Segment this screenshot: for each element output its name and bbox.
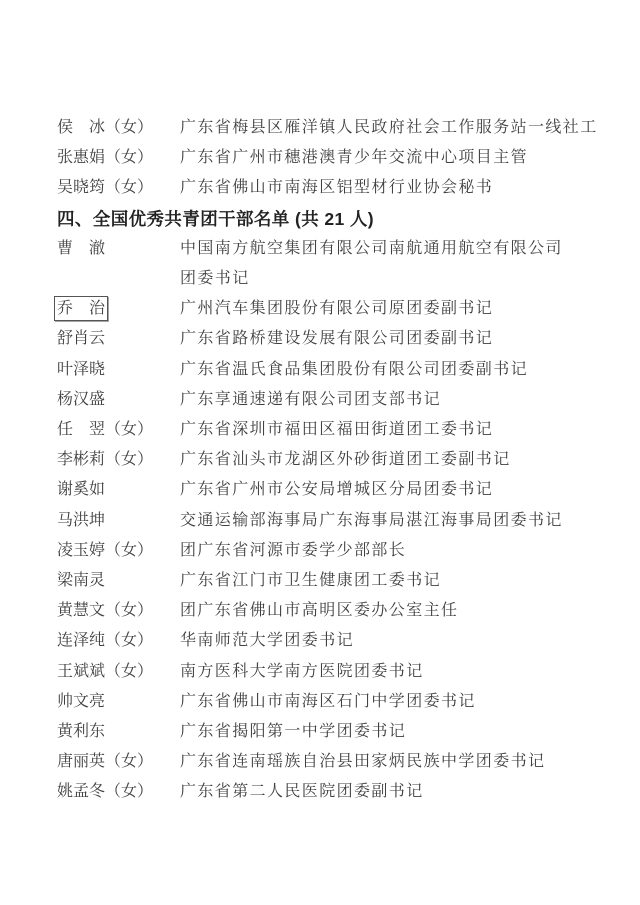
person-position-line: 广东省江门市卫生健康团工委书记: [180, 566, 605, 596]
person-name: 连泽纯（女）: [57, 626, 180, 656]
roster-row: 帅文亮广东省佛山市南海区石门中学团委书记: [57, 687, 605, 717]
roster-list-cadres-section: 曹 澈中国南方航空集团有限公司南航通用航空有限公司团委书记乔 治广州汽车集团股份…: [57, 234, 605, 808]
roster-row: 舒肖云广东省路桥建设发展有限公司团委副书记: [57, 324, 605, 354]
person-position: 广东省佛山市南海区石门中学团委书记: [180, 687, 605, 717]
person-position-line: 团广东省佛山市高明区委办公室主任: [180, 596, 605, 626]
roster-row: 杨汉盛广东享通速递有限公司团支部书记: [57, 385, 605, 415]
person-position-line: 广东省广州市穗港澳青少年交流中心项目主管: [180, 143, 605, 173]
person-position: 广东省温氏食品集团股份有限公司团委副书记: [180, 355, 605, 385]
roster-row: 唐丽英（女）广东省连南瑶族自治县田家炳民族中学团委书记: [57, 747, 605, 777]
person-name: 杨汉盛: [57, 385, 180, 415]
person-position: 广东省佛山市南海区铝型材行业协会秘书: [180, 173, 605, 203]
person-position: 广州汽车集团股份有限公司原团委副书记: [180, 294, 605, 324]
person-position: 广东省江门市卫生健康团工委书记: [180, 566, 605, 596]
document-page: 侯 冰（女）广东省梅县区雁洋镇人民政府社会工作服务站一线社工张惠娟（女）广东省广…: [57, 113, 605, 808]
person-name: 谢奚如: [57, 475, 180, 505]
roster-row: 姚孟冬（女）广东省第二人民医院团委副书记: [57, 777, 605, 807]
roster-row: 李彬莉（女）广东省汕头市龙湖区外砂街道团工委副书记: [57, 445, 605, 475]
roster-row: 任 翌（女）广东省深圳市福田区福田街道团工委书记: [57, 415, 605, 445]
person-position: 广东省路桥建设发展有限公司团委副书记: [180, 324, 605, 354]
person-position-line: 交通运输部海事局广东海事局湛江海事局团委书记: [180, 506, 605, 536]
roster-row: 连泽纯（女）华南师范大学团委书记: [57, 626, 605, 656]
roster-row: 梁南灵广东省江门市卫生健康团工委书记: [57, 566, 605, 596]
roster-row: 侯 冰（女）广东省梅县区雁洋镇人民政府社会工作服务站一线社工: [57, 113, 605, 143]
person-position: 广东享通速递有限公司团支部书记: [180, 385, 605, 415]
person-name: 叶泽晓: [57, 355, 180, 385]
boxed-person-name: 乔 治: [54, 296, 108, 321]
person-name: 任 翌（女）: [57, 415, 180, 445]
roster-row: 黄利东广东省揭阳第一中学团委书记: [57, 717, 605, 747]
person-position-line: 广东省佛山市南海区石门中学团委书记: [180, 687, 605, 717]
person-position-line: 中国南方航空集团有限公司南航通用航空有限公司: [180, 234, 605, 264]
roster-list-previous-section: 侯 冰（女）广东省梅县区雁洋镇人民政府社会工作服务站一线社工张惠娟（女）广东省广…: [57, 113, 605, 204]
person-position-line: 团委书记: [180, 264, 605, 294]
person-name: 凌玉婷（女）: [57, 536, 180, 566]
person-position-line: 广州汽车集团股份有限公司原团委副书记: [180, 294, 605, 324]
person-name: 李彬莉（女）: [57, 445, 180, 475]
person-name: 曹 澈: [57, 234, 180, 264]
person-position-line: 广东省汕头市龙湖区外砂街道团工委副书记: [180, 445, 605, 475]
person-position-line: 广东省第二人民医院团委副书记: [180, 777, 605, 807]
person-position: 广东省梅县区雁洋镇人民政府社会工作服务站一线社工: [180, 113, 605, 143]
person-position-line: 广东省广州市公安局增城区分局团委书记: [180, 475, 605, 505]
person-position: 广东省揭阳第一中学团委书记: [180, 717, 605, 747]
person-position-line: 广东省佛山市南海区铝型材行业协会秘书: [180, 173, 605, 203]
person-name: 王斌斌（女）: [57, 657, 180, 687]
roster-row: 吴晓筠（女）广东省佛山市南海区铝型材行业协会秘书: [57, 173, 605, 203]
person-position: 广东省连南瑶族自治县田家炳民族中学团委书记: [180, 747, 605, 777]
person-position: 中国南方航空集团有限公司南航通用航空有限公司团委书记: [180, 234, 605, 294]
person-position: 团广东省佛山市高明区委办公室主任: [180, 596, 605, 626]
person-position-line: 广东省连南瑶族自治县田家炳民族中学团委书记: [180, 747, 605, 777]
roster-row: 凌玉婷（女）团广东省河源市委学少部部长: [57, 536, 605, 566]
person-name: 黄利东: [57, 717, 180, 747]
person-position-line: 广东省梅县区雁洋镇人民政府社会工作服务站一线社工: [180, 113, 605, 143]
person-name: 帅文亮: [57, 687, 180, 717]
person-position: 交通运输部海事局广东海事局湛江海事局团委书记: [180, 506, 605, 536]
person-name: 张惠娟（女）: [57, 143, 180, 173]
person-position: 团广东省河源市委学少部部长: [180, 536, 605, 566]
person-position: 华南师范大学团委书记: [180, 626, 605, 656]
person-position-line: 广东省路桥建设发展有限公司团委副书记: [180, 324, 605, 354]
section-heading: 四、全国优秀共青团干部名单 (共 21 人): [57, 204, 605, 234]
person-name: 姚孟冬（女）: [57, 777, 180, 807]
person-name: 乔 治: [57, 294, 180, 324]
person-position-line: 团广东省河源市委学少部部长: [180, 536, 605, 566]
person-position: 南方医科大学南方医院团委书记: [180, 657, 605, 687]
roster-row: 马洪坤交通运输部海事局广东海事局湛江海事局团委书记: [57, 506, 605, 536]
person-name: 梁南灵: [57, 566, 180, 596]
person-position-line: 华南师范大学团委书记: [180, 626, 605, 656]
person-position: 广东省第二人民医院团委副书记: [180, 777, 605, 807]
person-name: 黄慧文（女）: [57, 596, 180, 626]
person-position: 广东省深圳市福田区福田街道团工委书记: [180, 415, 605, 445]
roster-row: 王斌斌（女）南方医科大学南方医院团委书记: [57, 657, 605, 687]
person-name: 马洪坤: [57, 506, 180, 536]
roster-row: 黄慧文（女）团广东省佛山市高明区委办公室主任: [57, 596, 605, 626]
roster-row: 叶泽晓广东省温氏食品集团股份有限公司团委副书记: [57, 355, 605, 385]
person-position-line: 广东省深圳市福田区福田街道团工委书记: [180, 415, 605, 445]
person-position: 广东省广州市穗港澳青少年交流中心项目主管: [180, 143, 605, 173]
roster-row: 谢奚如广东省广州市公安局增城区分局团委书记: [57, 475, 605, 505]
person-position-line: 广东省温氏食品集团股份有限公司团委副书记: [180, 355, 605, 385]
roster-row: 乔 治广州汽车集团股份有限公司原团委副书记: [57, 294, 605, 324]
person-position: 广东省广州市公安局增城区分局团委书记: [180, 475, 605, 505]
person-position-line: 南方医科大学南方医院团委书记: [180, 657, 605, 687]
person-name: 侯 冰（女）: [57, 113, 180, 143]
person-name: 舒肖云: [57, 324, 180, 354]
person-position-line: 广东享通速递有限公司团支部书记: [180, 385, 605, 415]
roster-row: 曹 澈中国南方航空集团有限公司南航通用航空有限公司团委书记: [57, 234, 605, 294]
person-position: 广东省汕头市龙湖区外砂街道团工委副书记: [180, 445, 605, 475]
person-name: 吴晓筠（女）: [57, 173, 180, 203]
person-position-line: 广东省揭阳第一中学团委书记: [180, 717, 605, 747]
roster-row: 张惠娟（女）广东省广州市穗港澳青少年交流中心项目主管: [57, 143, 605, 173]
person-name: 唐丽英（女）: [57, 747, 180, 777]
